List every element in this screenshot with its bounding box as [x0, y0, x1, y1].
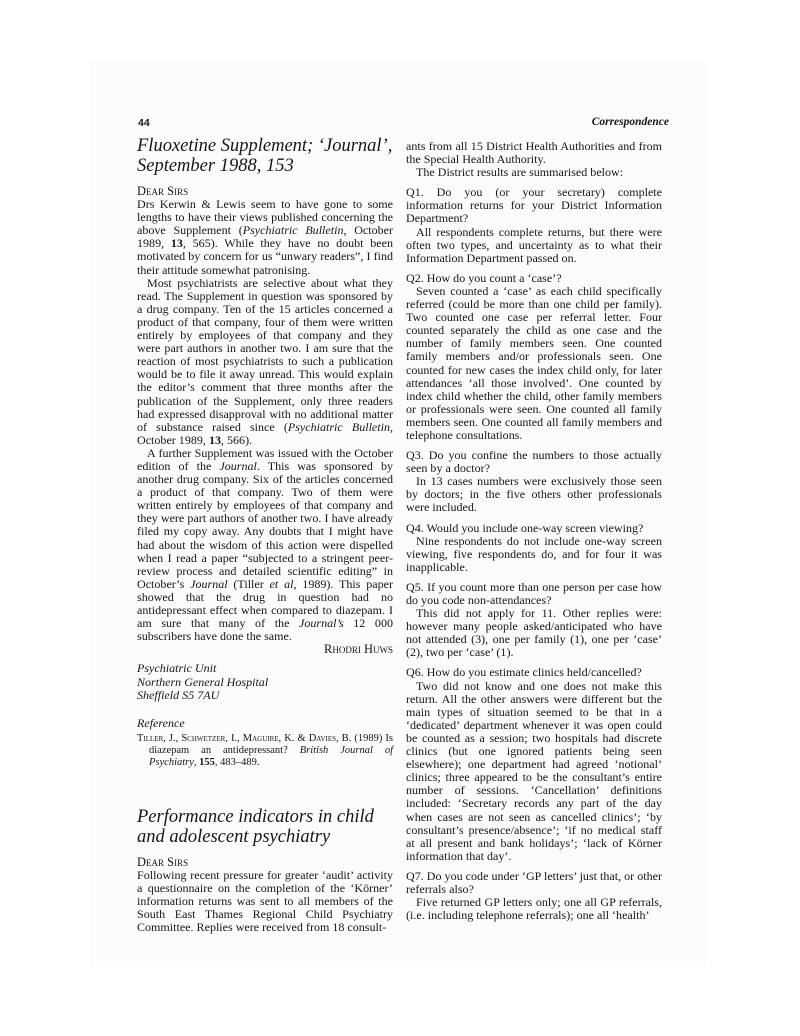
- question-7: Q7. Do you code under ‘GP letters’ just …: [406, 870, 662, 896]
- answer-7: Five returned GP letters only; one all G…: [406, 896, 662, 922]
- answer-5: This did not apply for 11. Other replies…: [406, 607, 662, 659]
- question-1: Q1. Do you (or your secretary) complete …: [406, 186, 662, 225]
- answer-1: All respondents complete returns, but th…: [406, 226, 662, 265]
- letter1-title: Fluoxetine Supplement; ‘Journal’, Septem…: [137, 136, 393, 176]
- question-6: Q6. How do you estimate clinics held/can…: [406, 666, 662, 679]
- question-5: Q5. If you count more than one person pe…: [406, 581, 662, 607]
- question-3: Q3. Do you confine the numbers to those …: [406, 449, 662, 475]
- summary-line: The District results are summarised belo…: [406, 166, 662, 179]
- reference-entry: Tiller, J., Schwetzer, I., Maguire, K. &…: [137, 733, 393, 769]
- answer-6: Two did not know and one does not make t…: [406, 680, 662, 863]
- reference-heading: Reference: [137, 717, 393, 730]
- page-number: 44: [138, 117, 150, 129]
- letter1-address: Psychiatric Unit Northern General Hospit…: [137, 662, 393, 703]
- letter2-title: Performance indicators in child and adol…: [137, 807, 393, 847]
- answer-3: In 13 cases numbers were exclusively tho…: [406, 475, 662, 514]
- letter2-intro: Following recent pressure for greater ‘a…: [137, 869, 393, 934]
- section-header: Correspondence: [592, 116, 669, 128]
- answer-4: Nine respondents do not include one-way …: [406, 535, 662, 574]
- answer-2: Seven counted a ‘case’ as each child spe…: [406, 285, 662, 442]
- letter1-paragraph-2: Most psychiatrists are selective about w…: [137, 277, 393, 447]
- question-2: Q2. How do you count a ‘case’?: [406, 272, 662, 285]
- letter1-paragraph-3: A further Supplement was issued with the…: [137, 447, 393, 643]
- letter2-intro-continued: ants from all 15 District Health Authori…: [406, 140, 662, 166]
- left-column: Fluoxetine Supplement; ‘Journal’, Septem…: [137, 136, 393, 935]
- right-column: ants from all 15 District Health Authori…: [406, 140, 662, 922]
- letter1-signature: Rhodri Huws: [137, 643, 393, 656]
- letter1-paragraph-1: Drs Kerwin & Lewis seem to have gone to …: [137, 198, 393, 277]
- question-4: Q4. Would you include one-way screen vie…: [406, 522, 662, 535]
